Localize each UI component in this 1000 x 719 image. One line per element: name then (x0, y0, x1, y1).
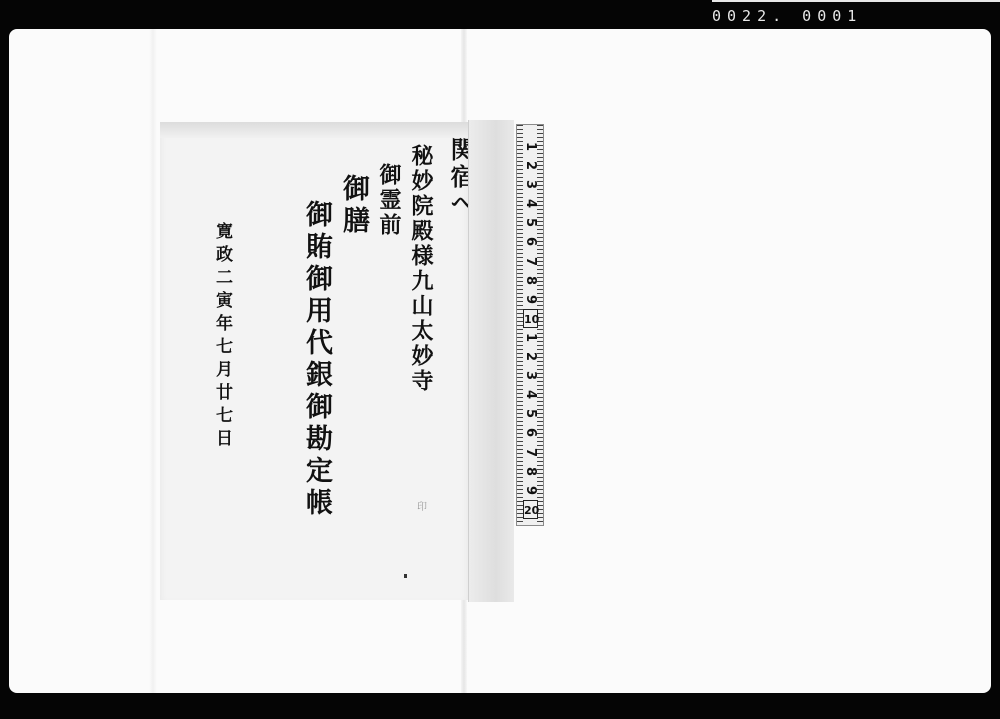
ruler-label: 5 (521, 406, 540, 421)
frame-number: 0022. 0001 (712, 6, 862, 26)
text-column-2: 秘妙院殿様九山太妙寺 (410, 144, 432, 394)
page-top-stain (160, 122, 468, 138)
faint-stamp: 印 (417, 498, 427, 513)
ruler-label: 1 (521, 330, 540, 345)
text-column-4: 御膳 (340, 174, 367, 238)
ruler-label: 1 (521, 139, 540, 154)
ruler-label: 7 (521, 254, 540, 269)
ruler-label: 6 (521, 235, 540, 250)
ruler-label: 8 (521, 273, 540, 288)
ruler-label: 9 (521, 483, 540, 498)
ruler-labels: 1 2 3 4 5 6 7 8 9 10 1 2 3 4 5 6 7 8 9 2… (523, 137, 538, 519)
ruler-label-20: 20 (523, 500, 538, 519)
film-edge-strip (712, 0, 1000, 2)
binding-strip (468, 120, 514, 602)
date-column: 寛政二寅年七月廿七日 (213, 222, 230, 452)
ruler-label: 7 (521, 445, 540, 460)
ruler-label: 4 (521, 387, 540, 402)
ruler-label-10: 10 (523, 309, 538, 328)
panel-crease (149, 29, 157, 693)
ink-speck (404, 574, 407, 578)
text-column-5: 御賄御用代銀御勘定帳 (303, 200, 330, 520)
ruler-label: 3 (521, 177, 540, 192)
ruler-label: 9 (521, 292, 540, 307)
ruler-label: 8 (521, 464, 540, 479)
scale-ruler: 1 2 3 4 5 6 7 8 9 10 1 2 3 4 5 6 7 8 9 2… (516, 124, 544, 526)
ruler-label: 2 (521, 349, 540, 364)
document-page: 関宿へ 秘妙院殿様九山太妙寺 御霊前 御膳 御賄御用代銀御勘定帳 寛政二寅年七月… (160, 122, 468, 600)
ruler-label: 5 (521, 215, 540, 230)
ruler-label: 2 (521, 158, 540, 173)
ruler-label: 3 (521, 368, 540, 383)
ruler-label: 4 (521, 196, 540, 211)
ruler-label: 6 (521, 425, 540, 440)
text-column-3: 御霊前 (378, 163, 400, 238)
scan-panel: 関宿へ 秘妙院殿様九山太妙寺 御霊前 御膳 御賄御用代銀御勘定帳 寛政二寅年七月… (9, 29, 991, 693)
